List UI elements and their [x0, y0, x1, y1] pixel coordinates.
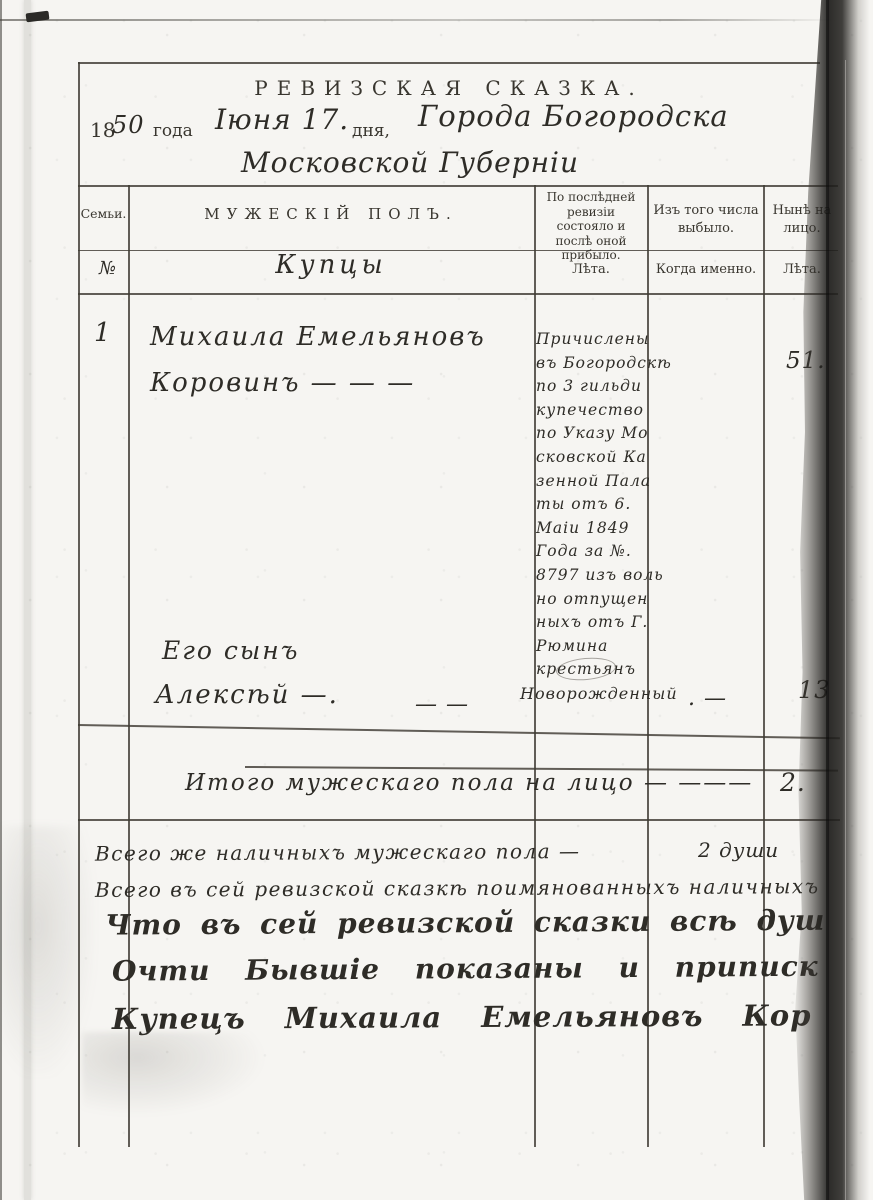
frame-left-line	[78, 62, 80, 1147]
son-status: Новорожденный	[520, 684, 670, 703]
col-header-number: №	[88, 258, 128, 279]
note-line: Года за №.	[536, 540, 646, 564]
note-line: но отпущен	[536, 588, 646, 612]
note-line: сковской Ка	[536, 446, 646, 470]
day-word: дня,	[352, 121, 390, 141]
note-line: Причислены	[536, 328, 646, 352]
note-line: Рюмина	[536, 635, 646, 659]
son-dash2: . —	[688, 686, 727, 711]
note-line: ныхъ отъ Г.	[536, 611, 646, 635]
col-header-years-1: Лѣта.	[537, 262, 645, 277]
table-top-rule	[78, 185, 838, 187]
header-row2-rule	[78, 293, 838, 295]
scan-smudge-bottom	[82, 1032, 267, 1117]
note-line: 8797 изъ воль	[536, 564, 646, 588]
entry-number: 1	[94, 318, 112, 348]
note-line: по Указу Мо	[536, 422, 646, 446]
col-header-category: Купцы	[130, 250, 532, 280]
scan-top-line	[0, 19, 838, 21]
scan-binding-band-core	[826, 0, 829, 1200]
footer-big-line1: Что въ сей ревизской сказки всѣ душ	[105, 903, 865, 941]
year-word: года	[153, 121, 193, 141]
city-handwritten: Города Богородска	[418, 99, 788, 133]
note-line: по 3 гильди	[536, 375, 646, 399]
note-line: ты отъ 6.	[536, 493, 646, 517]
son-name: Алексѣй —.	[155, 680, 339, 710]
note-line: Маіи 1849	[536, 517, 646, 541]
note-line: зенной Пала	[536, 470, 646, 494]
col-header-male-sex: МУЖЕСКІЙ ПОЛЪ.	[130, 205, 532, 223]
son-label: Его сынъ	[162, 636, 299, 665]
year-handwritten: 50	[112, 111, 145, 139]
col-header-when: Когда именно.	[650, 262, 762, 277]
footer-line1-value: 2 души	[698, 838, 779, 862]
document-title: РЕВИЗСКАЯ СКАЗКА.	[78, 76, 820, 100]
entry-bottom-rule	[78, 724, 840, 739]
scan-binding-band-crack	[845, 60, 846, 1200]
col-header-departed: Изъ того числа выбыло.	[650, 202, 762, 238]
footer-big-line3: Купецъ Михаила Емельяновъ Кор	[112, 998, 872, 1036]
frame-top-line	[78, 62, 820, 64]
date-handwritten: Іюня 17.	[215, 103, 349, 136]
col-header-last-revision: По послѣдней ревизіи состояло и послѣ он…	[537, 190, 645, 263]
itogo-text: Итого мужескаго пола на лицо — ———	[185, 770, 805, 796]
son-dashes: — —	[415, 692, 469, 717]
note-line: купечество	[536, 399, 646, 423]
note-line: въ Богородскѣ	[536, 352, 646, 376]
footer-line2: Всего въ сей ревизской сказкѣ поимянован…	[95, 874, 835, 902]
footer-line1: Всего же наличныхъ мужескаго пола —	[95, 838, 695, 865]
entry-name-line2: Коровинъ — — —	[150, 368, 540, 398]
scanned-document-page: РЕВИЗСКАЯ СКАЗКА. 18 50 года Іюня 17. дн…	[0, 0, 873, 1200]
col-header-family: Семьи.	[80, 206, 127, 221]
entry-name-line1: Михаила Емельяновъ	[150, 322, 540, 352]
entry-note: Причислены въ Богородскѣ по 3 гильди куп…	[536, 328, 646, 682]
scan-binding-band	[792, 0, 873, 1200]
footer-big-line2: Очти Бывшіе показаны и приписк	[112, 949, 872, 987]
province-handwritten: Московской Губерніи	[200, 146, 620, 179]
itogo-bottom-rule	[78, 819, 840, 821]
scan-smudge-left	[0, 826, 95, 1076]
